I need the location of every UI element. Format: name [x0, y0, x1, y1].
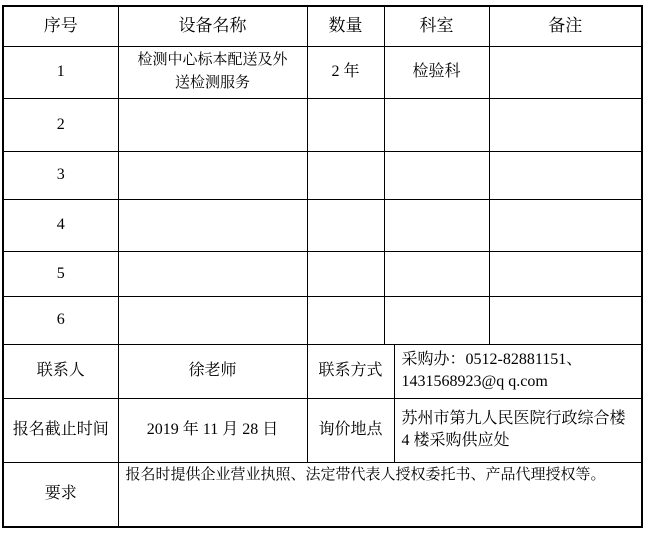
cell-quantity [307, 98, 384, 151]
inquiry-location-value: 苏州市第九人民医院行政综合楼 4 楼采购供应处 [394, 398, 642, 462]
header-department: 科室 [384, 6, 489, 46]
cell-quantity [307, 151, 384, 199]
header-quantity: 数量 [307, 6, 384, 46]
cell-remarks [489, 98, 642, 151]
table-header-row: 序号 设备名称 数量 科室 备注 [3, 6, 642, 46]
deadline-value: 2019 年 11 月 28 日 [118, 398, 307, 462]
table-row: 2 [3, 98, 642, 151]
cell-quantity [307, 296, 384, 344]
cell-serial-number: 5 [3, 251, 118, 296]
requirement-row: 要求 报名时提供企业营业执照、法定带代表人授权委托书、产品代理授权等。 [3, 462, 642, 527]
cell-quantity: 2 年 [307, 46, 384, 98]
cell-device-name [118, 199, 307, 251]
cell-serial-number: 2 [3, 98, 118, 151]
requirement-value: 报名时提供企业营业执照、法定带代表人授权委托书、产品代理授权等。 [118, 462, 642, 527]
cell-serial-number: 4 [3, 199, 118, 251]
cell-remarks [489, 251, 642, 296]
cell-serial-number: 6 [3, 296, 118, 344]
table-row: 6 [3, 296, 642, 344]
cell-serial-number: 1 [3, 46, 118, 98]
cell-device-name [118, 98, 307, 151]
table-row: 5 [3, 251, 642, 296]
cell-quantity [307, 251, 384, 296]
deadline-row: 报名截止时间 2019 年 11 月 28 日 询价地点 苏州市第九人民医院行政… [3, 398, 642, 462]
header-serial-number: 序号 [3, 6, 118, 46]
cell-department [384, 151, 489, 199]
table-row: 4 [3, 199, 642, 251]
cell-quantity [307, 199, 384, 251]
contact-method-value: 采购办：0512-82881151、 1431568923@q q.com [394, 344, 642, 398]
cell-department [384, 98, 489, 151]
cell-remarks [489, 296, 642, 344]
cell-device-name [118, 151, 307, 199]
contact-name: 徐老师 [118, 344, 307, 398]
deadline-label: 报名截止时间 [3, 398, 118, 462]
cell-device-name [118, 251, 307, 296]
cell-department [384, 251, 489, 296]
cell-department [384, 199, 489, 251]
cell-department: 检验科 [384, 46, 489, 98]
contact-method-label: 联系方式 [307, 344, 394, 398]
cell-remarks [489, 199, 642, 251]
requirement-label: 要求 [3, 462, 118, 527]
header-remarks: 备注 [489, 6, 642, 46]
inquiry-location-label: 询价地点 [307, 398, 394, 462]
table-row: 1 检测中心标本配送及外 送检测服务 2 年 检验科 [3, 46, 642, 98]
cell-device-name: 检测中心标本配送及外 送检测服务 [118, 46, 307, 98]
cell-remarks [489, 46, 642, 98]
table-row: 3 [3, 151, 642, 199]
cell-serial-number: 3 [3, 151, 118, 199]
cell-department [384, 296, 489, 344]
contact-row: 联系人 徐老师 联系方式 采购办：0512-82881151、 14315689… [3, 344, 642, 398]
cell-device-name [118, 296, 307, 344]
cell-remarks [489, 151, 642, 199]
procurement-table: 序号 设备名称 数量 科室 备注 1 检测中心标本配送及外 送检测服务 2 年 … [2, 5, 643, 528]
contact-label: 联系人 [3, 344, 118, 398]
header-device-name: 设备名称 [118, 6, 307, 46]
